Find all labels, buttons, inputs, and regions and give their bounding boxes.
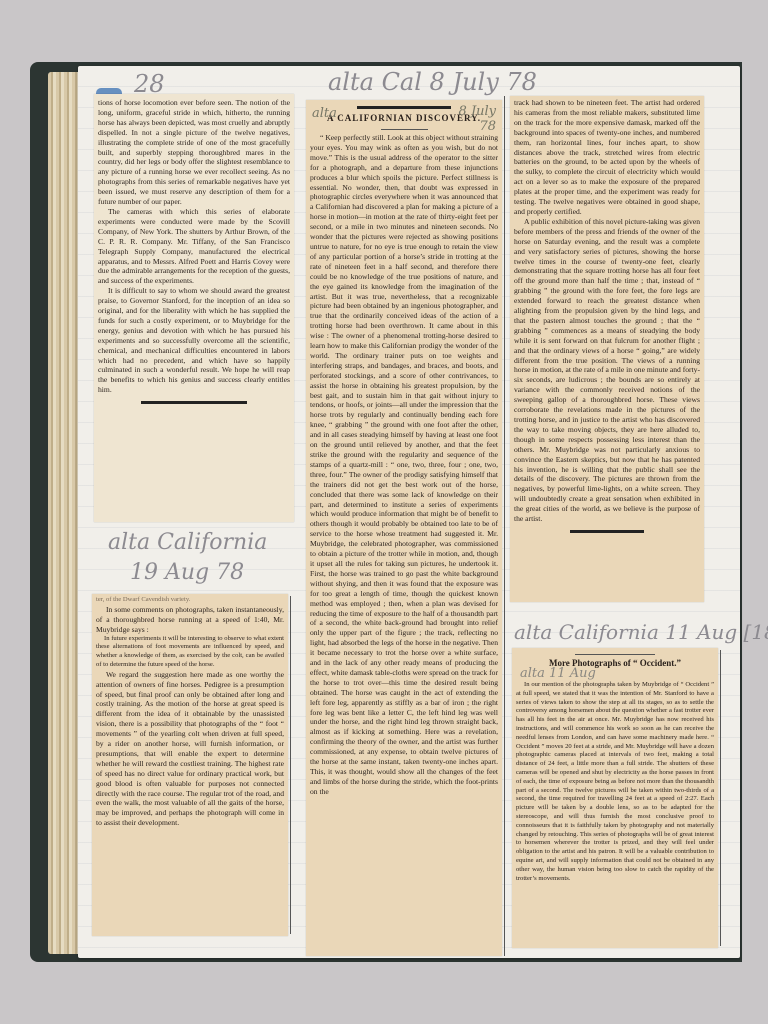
divider	[141, 401, 247, 404]
clipping-middle: alta 8 July 78 A CALIFORNIAN DISCOVERY. …	[306, 100, 502, 956]
cut-line: ter, of the Dwarf Cavendish variety.	[96, 596, 284, 605]
body-paragraph: We regard the suggestion here made as on…	[96, 670, 284, 829]
handwritten-date: 8 July 78	[456, 104, 496, 134]
handwritten-label: alta California 11 Aug [18	[514, 620, 768, 644]
divider	[357, 106, 451, 109]
clipping-left-top: tions of horse locomotion ever before se…	[94, 94, 294, 522]
handwritten-label-2: 19 Aug 78	[130, 560, 244, 585]
clipping-right-bottom: More Photographs of “ Occident.” alta 11…	[512, 648, 718, 948]
divider	[570, 530, 644, 533]
quote-paragraph: In future experiments it will be interes…	[96, 635, 284, 670]
handwritten-prefix: alta	[312, 106, 337, 121]
handwritten-label-1: alta California	[108, 530, 267, 555]
paragraph: It is difficult to say to whom we should…	[98, 286, 290, 395]
paragraph: The cameras with which this series of el…	[98, 207, 290, 286]
divider	[381, 129, 428, 130]
divider	[575, 654, 654, 655]
paragraph: tions of horse locomotion ever before se…	[98, 98, 290, 207]
header-note: alta Cal 8 July 78	[328, 68, 537, 96]
column-rule	[504, 96, 505, 956]
clipping-right-top: track had shown to be nineteen feet. The…	[510, 96, 704, 602]
paragraph: A public exhibition of this novel pictur…	[514, 217, 700, 524]
article-body: In our mention of the photographs taken …	[516, 681, 714, 883]
handwritten-inline: alta 11 Aug	[520, 666, 714, 681]
page-stack-edge	[48, 72, 82, 954]
article-body: “ Keep perfectly still. Look at this obj…	[310, 133, 498, 797]
clipping-left-bottom: ter, of the Dwarf Cavendish variety. In …	[92, 594, 288, 936]
paragraph: track had shown to be nineteen feet. The…	[514, 98, 700, 217]
intro-paragraph: In some comments on photographs, taken i…	[96, 605, 284, 635]
column-rule	[290, 596, 291, 934]
column-rule	[720, 650, 721, 946]
